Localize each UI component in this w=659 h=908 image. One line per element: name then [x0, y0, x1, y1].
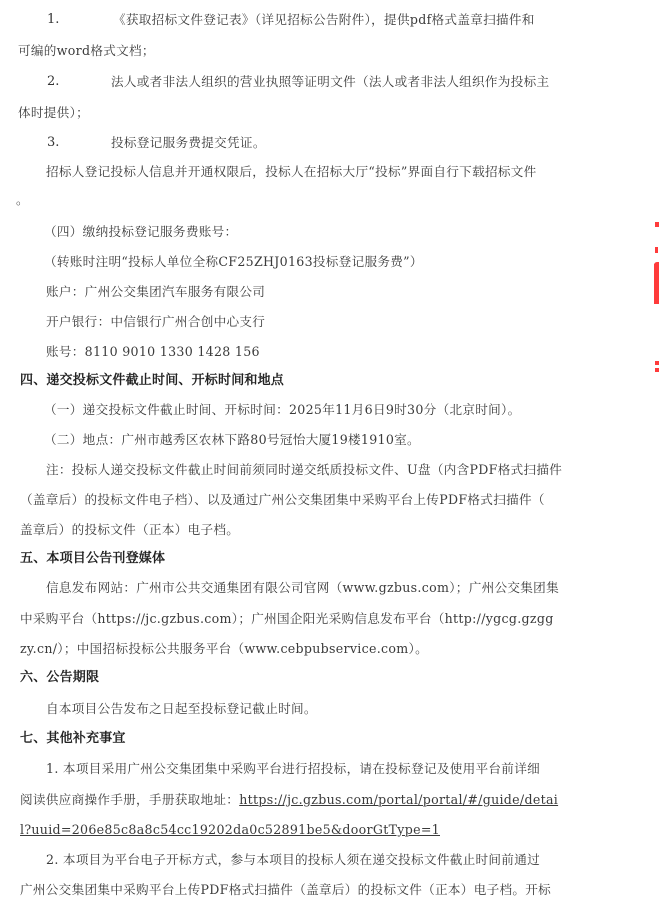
section-6-line1: 自本项目公告发布之日起至投标登记截止时间。: [46, 701, 317, 717]
section-7-item1-line1: 1. 本项目采用广州公交集团集中采购平台进行招投标，请在投标登记及使用平台前详细: [46, 761, 540, 777]
list-item-1-line2: 可编的word格式文档；: [18, 43, 155, 59]
section-7-item1-prefix: 阅读供应商操作手册，手册获取地址：: [20, 792, 239, 807]
list-item-number-3: 3.: [47, 135, 59, 150]
section-7-item1-line2: 阅读供应商操作手册，手册获取地址：https://jc.gzbus.com/po…: [20, 792, 558, 808]
section-7-heading: 七、其他补充事宜: [20, 731, 126, 747]
section-7-item2-line1: 2. 本项目为平台电子开标方式，参与本项目的投标人须在递交投标文件截止时间前通过: [46, 852, 540, 868]
section-4-heading: 四、递交投标文件截止时间、开标时间和地点: [20, 373, 284, 389]
fee-account-name: 账户：广州公交集团汽车服务有限公司: [46, 284, 265, 300]
download-note-line1: 招标人登记投标人信息并开通权限后，投标人在招标大厅“投标”界面自行下载招标文件: [46, 164, 537, 180]
list-item-2-line2: 体时提供）；: [18, 105, 89, 121]
section-6-heading: 六、公告期限: [20, 670, 99, 686]
section-4-location: （二）地点：广州市越秀区农林下路80号冠怡大厦19楼1910室。: [44, 432, 420, 448]
list-item-number-1: 1.: [47, 12, 59, 27]
manual-link-part1[interactable]: https://jc.gzbus.com/portal/portal/#/gui…: [239, 792, 558, 807]
download-note-line2: 。: [16, 192, 29, 208]
list-item-2-line1: 法人或者非法人组织的营业执照等证明文件（法人或者非法人组织作为投标主: [111, 74, 549, 90]
fee-account-note: （转账时注明“投标人单位全称CF25ZHJ0163投标登记服务费”）: [44, 254, 423, 270]
list-item-number-2: 2.: [47, 74, 59, 89]
fee-account-number: 账号：8110 9010 1330 1428 156: [46, 344, 260, 360]
list-item-3-line1: 投标登记服务费提交凭证。: [111, 135, 266, 151]
manual-link-part2[interactable]: l?uuid=206e85c8a8c54cc19202da0c52891be5&…: [20, 822, 440, 837]
section-5-heading: 五、本项目公告刊登媒体: [20, 551, 165, 567]
section-4-deadline: （一）递交投标文件截止时间、开标时间：2025年11月6日9时30分（北京时间）…: [44, 402, 521, 418]
section-4-note-line3: 盖章后）的投标文件（正本）电子档。: [20, 522, 239, 538]
fee-account-bank: 开户银行：中信银行广州合创中心支行: [46, 314, 265, 330]
fee-account-title: （四）缴纳投标登记服务费账号：: [44, 224, 237, 240]
section-5-line3: zy.cn/）；中国招标投标公共服务平台（www.cebpubservice.c…: [20, 641, 428, 657]
list-item-1-line1: 《获取招标文件登记表》（详见招标公告附件），提供pdf格式盖章扫描件和: [113, 12, 535, 28]
section-7-item1-line3: l?uuid=206e85c8a8c54cc19202da0c52891be5&…: [20, 822, 440, 838]
section-5-line2: 中采购平台（https://jc.gzbus.com）；广州国企阳光采购信息发布…: [20, 611, 554, 627]
section-4-note-line1: 注：投标人递交投标文件截止时间前须同时递交纸质投标文件、U盘（内含PDF格式扫描…: [46, 462, 562, 478]
section-5-line1: 信息发布网站：广州市公共交通集团有限公司官网（www.gzbus.com）；广州…: [46, 580, 559, 596]
section-7-item2-line2: 广州公交集团集中采购平台上传PDF格式扫描件（盖章后）的投标文件（正本）电子档。…: [20, 882, 551, 898]
section-4-note-line2: （盖章后）的投标文件电子档）、以及通过广州公交集团集中采购平台上传PDF格式扫描…: [20, 492, 545, 508]
document-page: 1. 《获取招标文件登记表》（详见招标公告附件），提供pdf格式盖章扫描件和 可…: [0, 0, 659, 908]
